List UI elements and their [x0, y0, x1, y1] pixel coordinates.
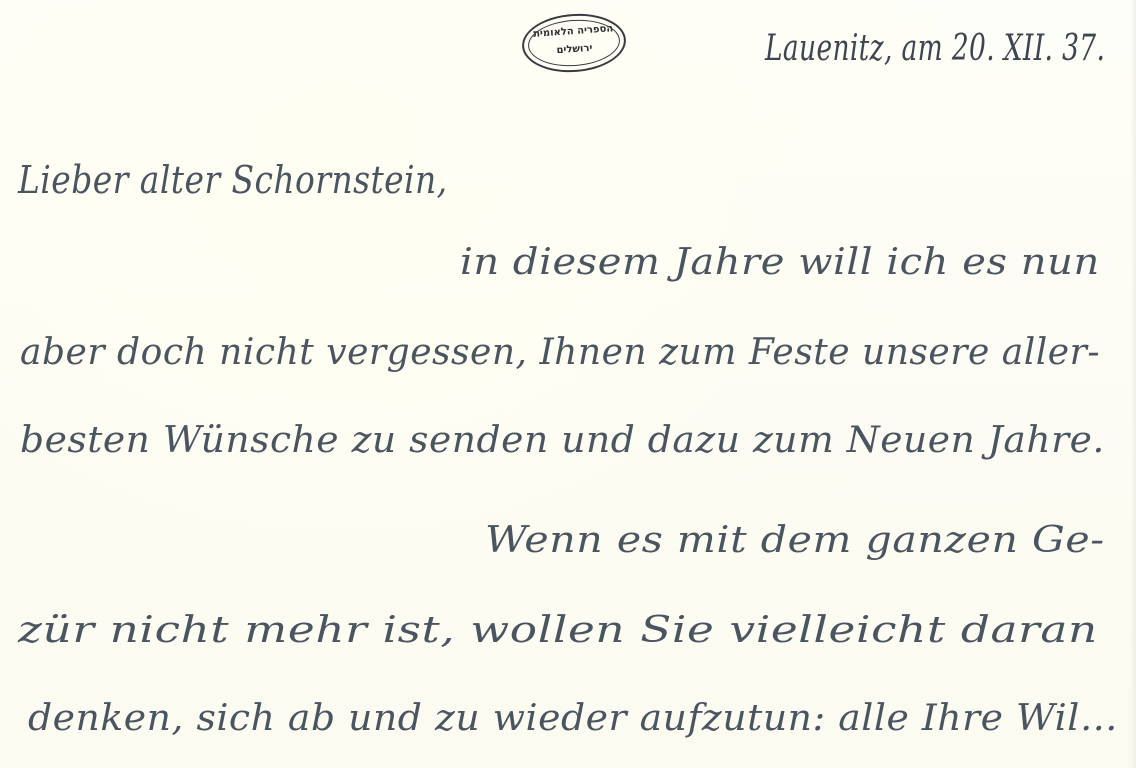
letter-line-1: in diesem Jahre will ich es nun [460, 242, 1100, 283]
dateline: Lauenitz, am 20. XII. 37. [765, 28, 1105, 69]
letter-line-3: besten Wünsche zu senden und dazu zum Ne… [20, 420, 1105, 461]
paper-edge-shadow [1130, 0, 1136, 768]
letter-line-6: denken, sich ab und zu wieder aufzutun: … [28, 698, 1118, 739]
letter-paper [0, 0, 1136, 768]
letter-line-5: zür nicht mehr ist, wollen Sie vielleich… [18, 610, 1098, 651]
salutation: Lieber alter Schornstein, [18, 158, 448, 202]
letter-line-2: aber doch nicht vergessen, Ihnen zum Fes… [20, 332, 1100, 373]
letter-line-4: Wenn es mit dem ganzen Ge- [485, 520, 1105, 561]
stamp-text-library: הספריה הלאומית [533, 23, 614, 41]
stamp-text-city: ירושלים [556, 43, 593, 57]
